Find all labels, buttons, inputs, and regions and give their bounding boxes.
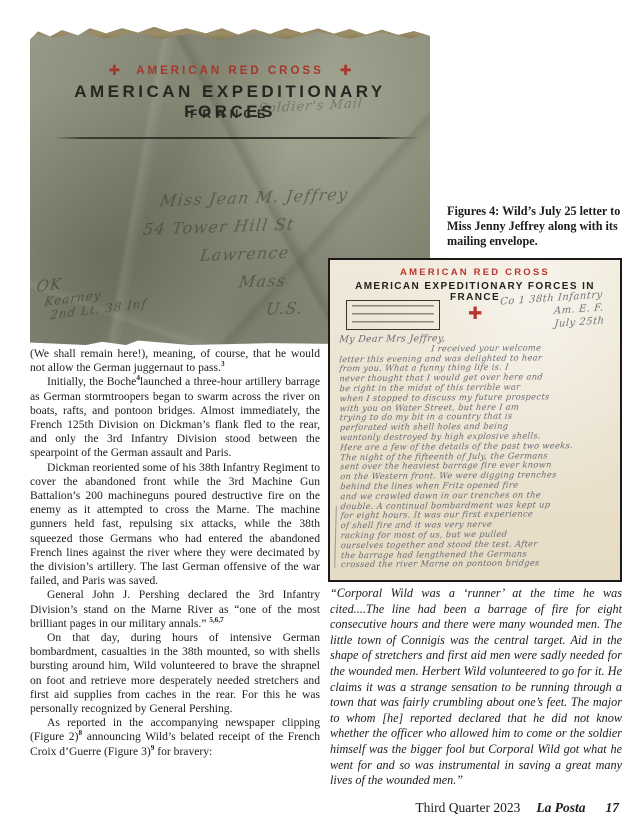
envelope-country-line: FRANCE bbox=[30, 107, 430, 121]
paragraph: (We shall remain here!), meaning, of cou… bbox=[30, 347, 320, 375]
paragraph: On that day, during hours of intensive G… bbox=[30, 631, 320, 716]
red-cross-icon: ✚ bbox=[468, 304, 482, 324]
letter-photo: AMERICAN RED CROSS AMERICAN EXPEDITIONAR… bbox=[328, 258, 622, 582]
letter-body: My Dear Mrs Jeffrey, I received your wel… bbox=[339, 333, 613, 570]
letter-heading: Co 1 38th InfantryAm. E. F.July 25th bbox=[500, 288, 605, 334]
magazine-page: ✚AMERICAN RED CROSS✚ AMERICAN EXPEDITION… bbox=[0, 0, 635, 827]
envelope-red-cross-row: ✚AMERICAN RED CROSS✚ bbox=[30, 61, 430, 79]
paragraph: As reported in the accompanying newspape… bbox=[30, 716, 320, 759]
article-column: (We shall remain here!), meaning, of cou… bbox=[30, 347, 320, 759]
red-cross-icon: ✚ bbox=[340, 63, 352, 79]
text-line: crossed the river Marne on pontoon bridg… bbox=[341, 558, 614, 570]
page-footer: Third Quarter 2023La Posta17 bbox=[415, 800, 619, 816]
red-cross-icon: ✚ bbox=[108, 63, 120, 79]
footer-publication: La Posta bbox=[536, 800, 585, 815]
paragraph: Dickman reoriented some of his 38th Infa… bbox=[30, 461, 320, 589]
paragraph: Initially, the Boche4launched a three-ho… bbox=[30, 375, 320, 460]
paragraph: General John J. Pershing declared the 3r… bbox=[30, 588, 320, 631]
footer-issue: Third Quarter 2023 bbox=[415, 800, 520, 815]
letterhead-instruction-box bbox=[346, 300, 440, 330]
letter-lines: letter this evening and was delighted to… bbox=[339, 352, 613, 570]
figure-caption: Figures 4: Wild’s July 25 letter to Miss… bbox=[447, 204, 627, 249]
censor-note: OKKearney2nd Lt. 38 Inf bbox=[36, 265, 148, 324]
letter-arc-title: AMERICAN RED CROSS bbox=[330, 267, 620, 278]
envelope-arc-title: AMERICAN RED CROSS bbox=[136, 65, 324, 77]
pull-quote: “Corporal Wild was a ‘runner’ at the tim… bbox=[330, 586, 622, 789]
margin-bracket-mark bbox=[334, 506, 337, 568]
footer-page-number: 17 bbox=[606, 800, 620, 815]
envelope-rule bbox=[54, 137, 420, 139]
torn-edge bbox=[30, 25, 430, 40]
